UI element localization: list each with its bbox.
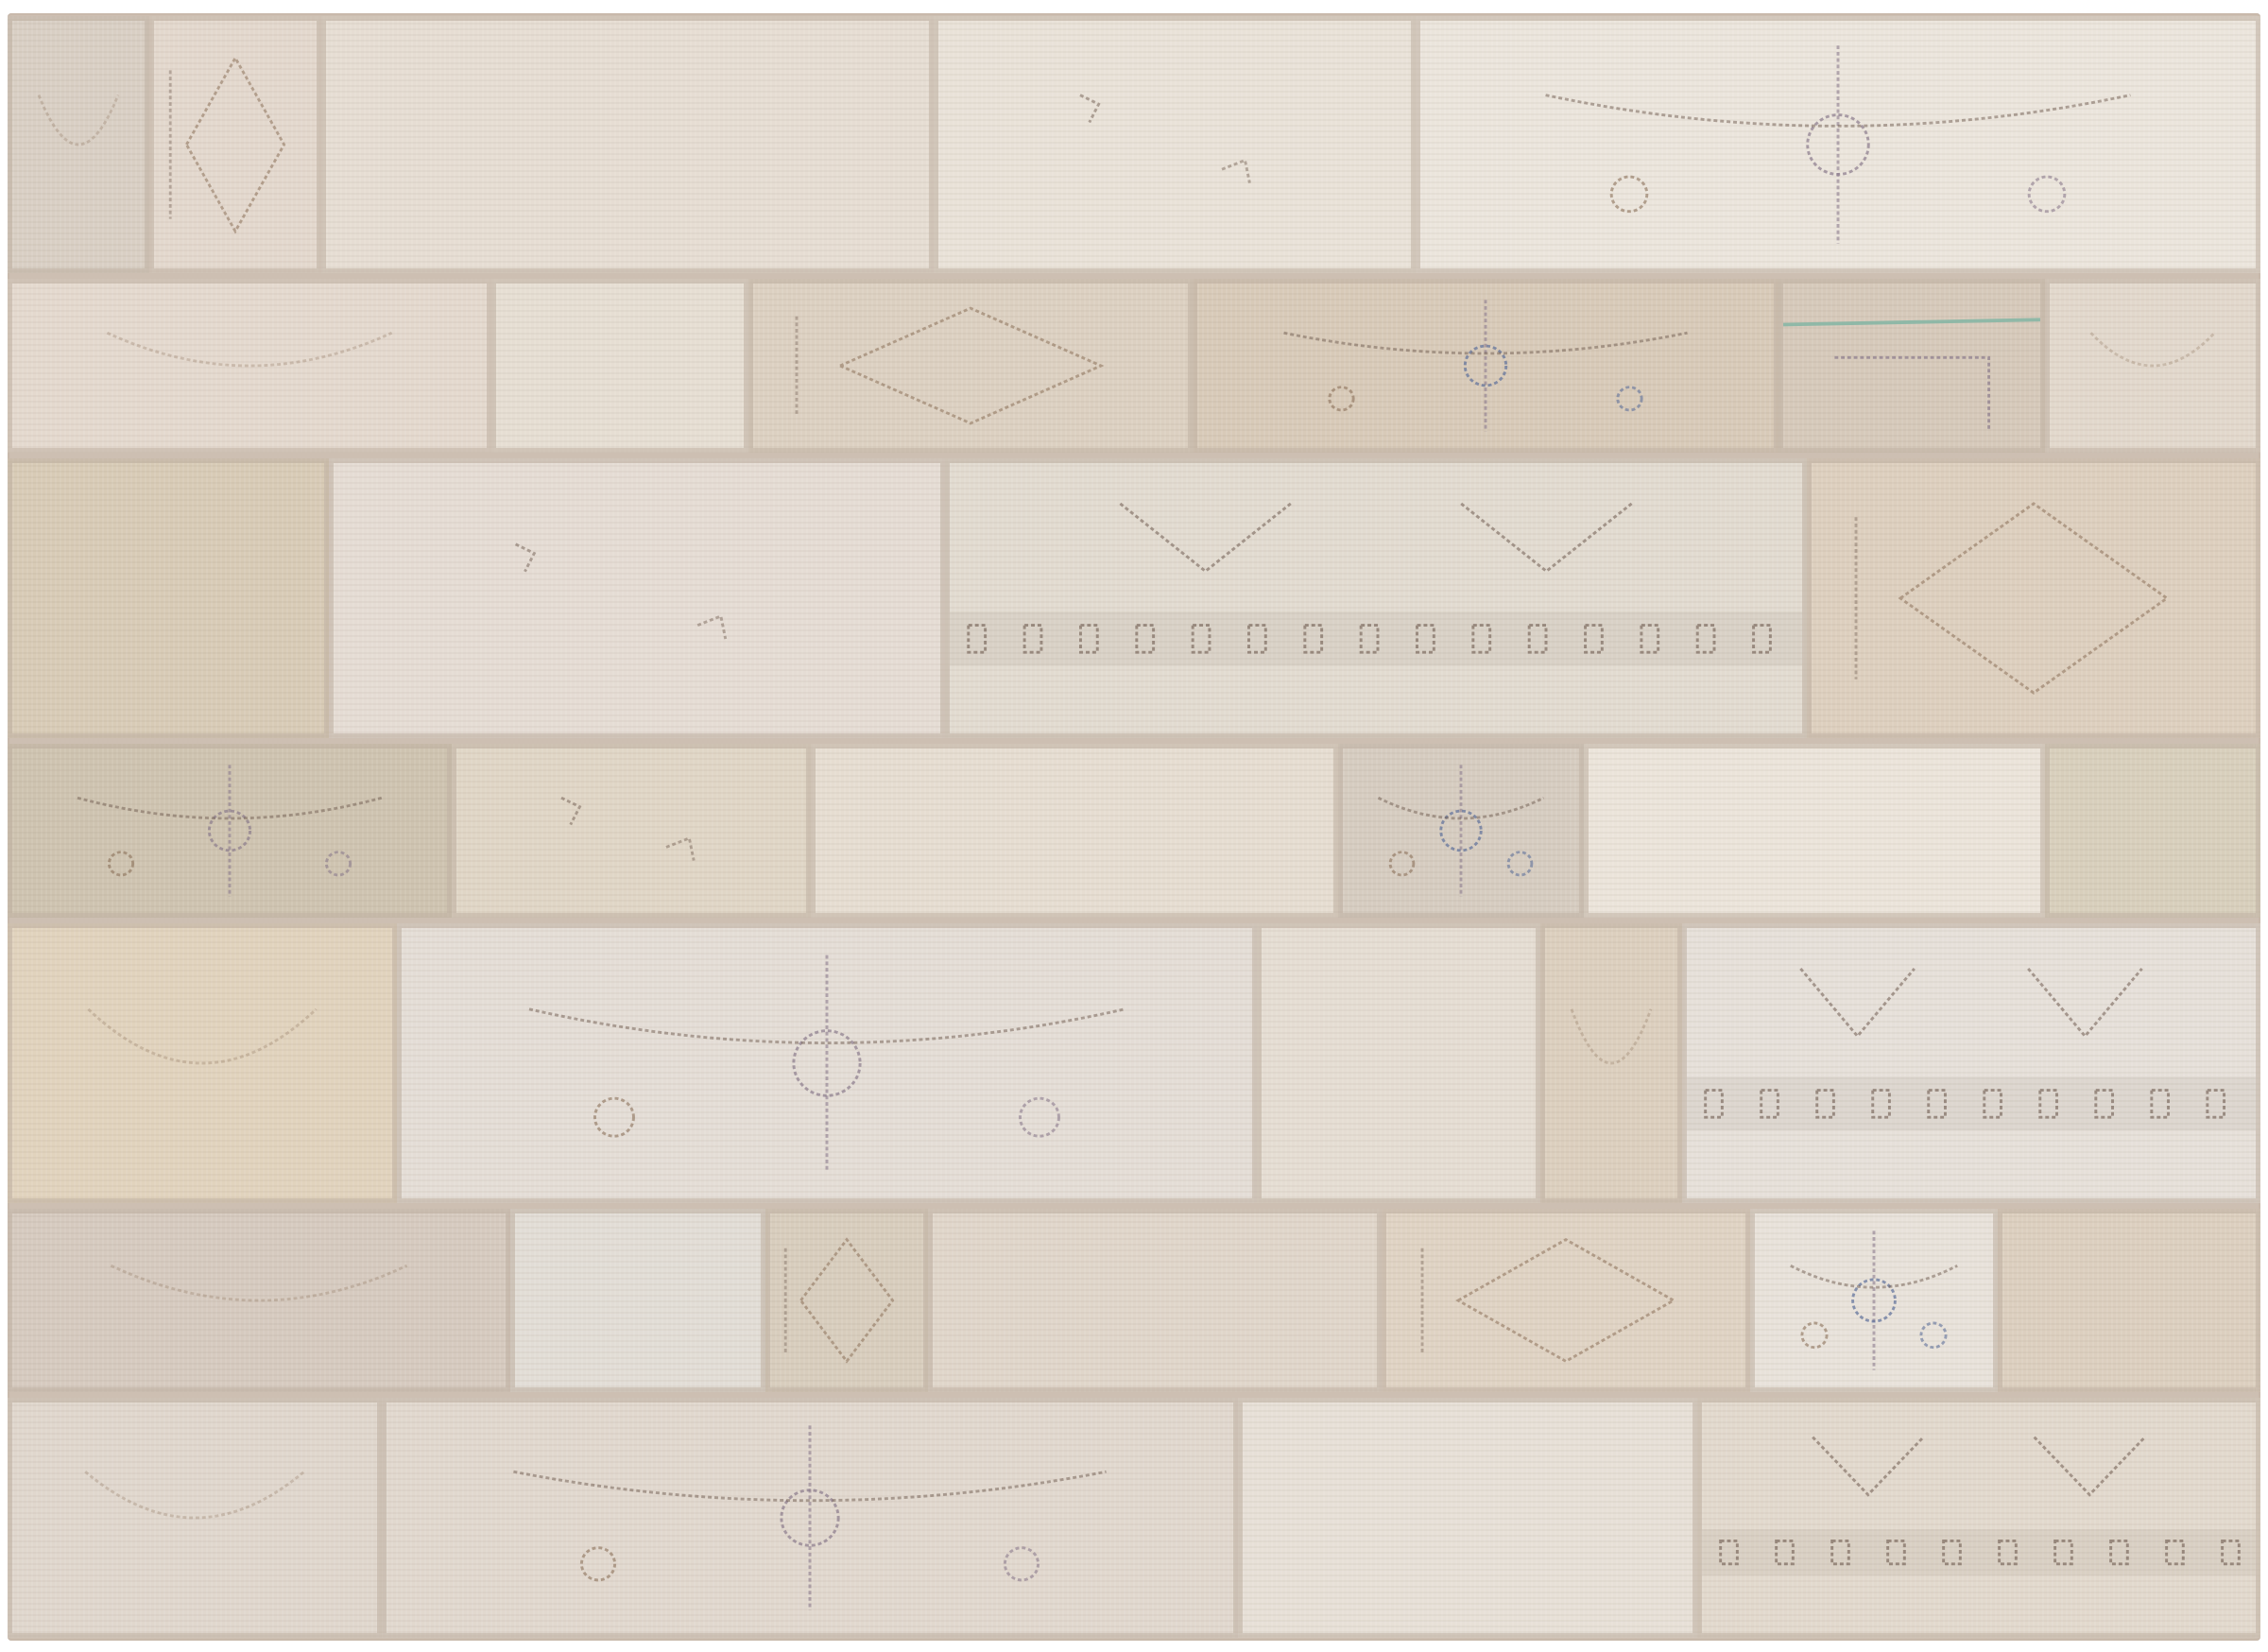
rug-patch [8, 1398, 382, 1638]
rug-patch [452, 744, 811, 918]
rug-motif [770, 1213, 923, 1387]
rug-patch [1338, 744, 1584, 918]
rug-motif [12, 284, 487, 448]
rug-patch [1238, 1398, 1697, 1638]
rug-motif [326, 21, 929, 268]
rug-patch [8, 744, 452, 918]
rug-patch [1998, 1209, 2260, 1392]
rug-patch [811, 744, 1338, 918]
rug-patch [1778, 279, 2045, 453]
rug-patch [1416, 16, 2260, 273]
rug-patch [1682, 923, 2260, 1203]
rug-motif [816, 749, 1333, 913]
rug-patch [1257, 923, 1540, 1203]
rug-patch [934, 16, 1416, 273]
rug-patch [2045, 744, 2260, 918]
rug-motif [12, 1213, 506, 1387]
rug-motif [1343, 749, 1579, 913]
rug-motif [1589, 749, 2040, 913]
rug-patch [8, 458, 329, 738]
rug-patch [397, 923, 1257, 1203]
rug-patch [2045, 279, 2260, 453]
rug-patch [510, 1209, 765, 1392]
rug-motif [387, 1402, 1233, 1633]
rug-patch [1382, 1209, 1750, 1392]
rug-patch [1697, 1398, 2260, 1638]
rug-motif [12, 1402, 377, 1633]
rug-motif [1262, 928, 1536, 1198]
rug-motif [456, 749, 806, 913]
rug-patch [765, 1209, 928, 1392]
rug-motif [950, 463, 1802, 733]
rug-patch [321, 16, 934, 273]
rug-motif [1420, 21, 2256, 268]
rug-motif [1197, 284, 1774, 448]
rug-motif [1783, 284, 2040, 448]
rug-motif [515, 1213, 761, 1387]
rug-motif [933, 1213, 1377, 1387]
rug-patch [8, 16, 149, 273]
rug-patch [8, 923, 397, 1203]
rug-patch [928, 1209, 1382, 1392]
rug-motif [1755, 1213, 1993, 1387]
rug-patch [1193, 279, 1778, 453]
rug-motif [1545, 928, 1677, 1198]
rug-patch [1750, 1209, 1998, 1392]
rug-motif [753, 284, 1188, 448]
rug-motif [1812, 463, 2256, 733]
rug-motif [154, 21, 317, 268]
rug-motif [496, 284, 744, 448]
rug-motif [938, 21, 1411, 268]
rug-motif [2050, 284, 2256, 448]
rug-motif [1702, 1402, 2256, 1633]
rug-patch [1584, 744, 2045, 918]
rug-motif [12, 21, 145, 268]
rug-patch [8, 1209, 510, 1392]
rug-patch [382, 1398, 1238, 1638]
rug-motif [1687, 928, 2256, 1198]
rug-motif [2050, 749, 2256, 913]
rug-patch [8, 279, 491, 453]
rug-patch [329, 458, 945, 738]
rug-motif [1243, 1402, 1692, 1633]
rug-motif [402, 928, 1252, 1198]
rug-motif [12, 928, 392, 1198]
rug-motif [12, 463, 324, 733]
rug-motif [12, 749, 447, 913]
rug-patch [1807, 458, 2260, 738]
rug-patch [1540, 923, 1682, 1203]
rug-patch [149, 16, 321, 273]
rug-motif [2002, 1213, 2256, 1387]
rug-motif [1386, 1213, 1745, 1387]
rug-patch [748, 279, 1193, 453]
rug-motif [334, 463, 940, 733]
rug-patch [945, 458, 1807, 738]
rug-patch [491, 279, 748, 453]
